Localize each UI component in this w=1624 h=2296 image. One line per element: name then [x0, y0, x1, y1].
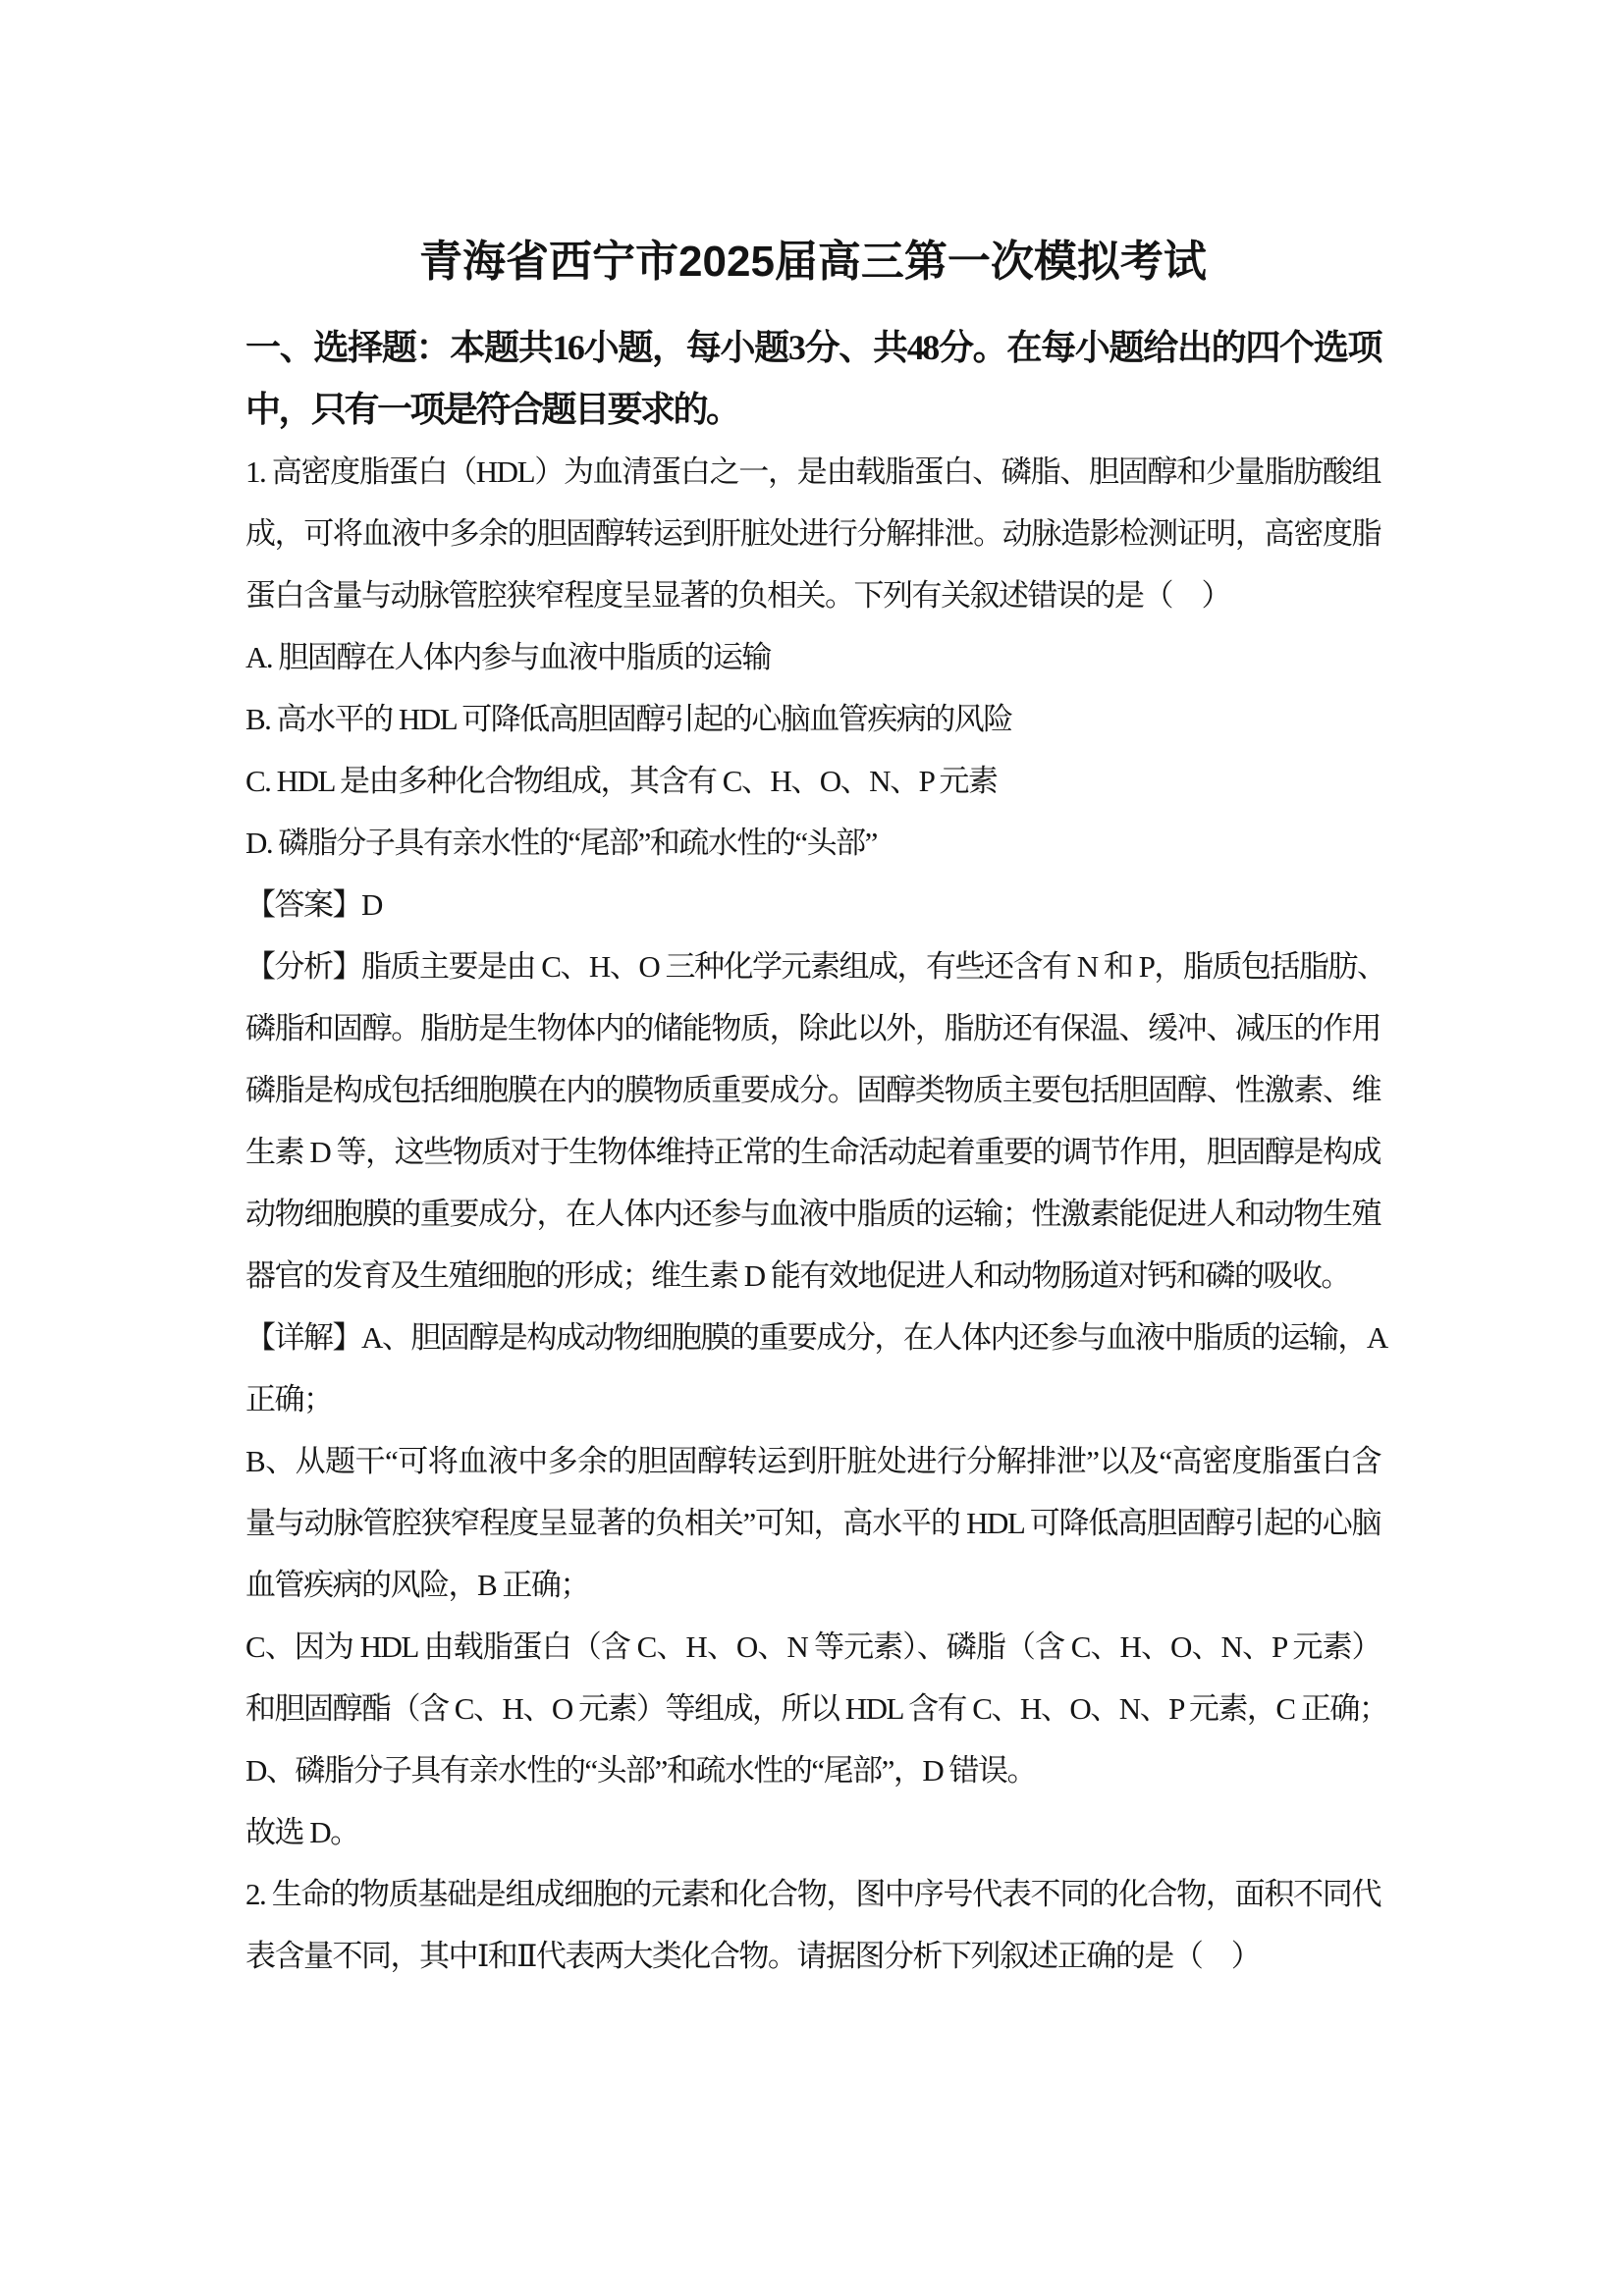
text-line: 成，可将血液中多余的胆固醇转运到肝脏处进行分解排泄。动脉造影检测证明，高密度脂	[245, 503, 1380, 564]
text-line: 表含量不同，其中Ⅰ和Ⅱ代表两大类化合物。请据图分析下列叙述正确的是（ ）	[245, 1925, 1380, 1987]
text-line: 正确；	[245, 1368, 1380, 1430]
text-line: B、从题干“可将血液中多余的胆固醇转运到肝脏处进行分解排泄”以及“高密度脂蛋白含	[245, 1430, 1380, 1492]
text-line: C、因为 HDL 由载脂蛋白（含 C、H、O、N 等元素）、磷脂（含 C、H、O…	[245, 1616, 1380, 1678]
text-line: D. 磷脂分子具有亲水性的“尾部”和疏水性的“头部”	[245, 812, 1380, 874]
text-line: 1. 高密度脂蛋白（HDL）为血清蛋白之一，是由载脂蛋白、磷脂、胆固醇和少量脂肪…	[245, 441, 1380, 503]
text-line: 器官的发育及生殖细胞的形成；维生素 D 能有效地促进人和动物肠道对钙和磷的吸收。	[245, 1245, 1380, 1307]
document-title: 青海省西宁市2025届高三第一次模拟考试	[245, 228, 1380, 296]
text-line: C. HDL 是由多种化合物组成，其含有 C、H、O、N、P 元素	[245, 750, 1380, 812]
exam-document-page: 青海省西宁市2025届高三第一次模拟考试 一、选择题：本题共16小题，每小题3分…	[0, 0, 1624, 2296]
text-line: 动物细胞膜的重要成分，在人体内还参与血液中脂质的运输；性激素能促进人和动物生殖	[245, 1183, 1380, 1245]
text-line: 2. 生命的物质基础是组成细胞的元素和化合物，图中序号代表不同的化合物，面积不同…	[245, 1863, 1380, 1925]
text-line: 故选 D。	[245, 1801, 1380, 1863]
text-line: 一、选择题：本题共16小题，每小题3分、共48分。在每小题给出的四个选项	[245, 317, 1380, 379]
text-line: 磷脂和固醇。脂肪是生物体内的储能物质，除此以外，脂肪还有保温、缓冲、减压的作用	[245, 997, 1380, 1059]
text-line: 量与动脉管腔狭窄程度呈显著的负相关”可知，高水平的 HDL 可降低高胆固醇引起的…	[245, 1492, 1380, 1554]
text-line: D、磷脂分子具有亲水性的“头部”和疏水性的“尾部”，D 错误。	[245, 1739, 1380, 1801]
text-line: 【分析】脂质主要是由 C、H、O 三种化学元素组成，有些还含有 N 和 P，脂质…	[245, 935, 1380, 997]
text-line: 蛋白含量与动脉管腔狭窄程度呈显著的负相关。下列有关叙述错误的是（ ）	[245, 564, 1380, 626]
text-line: B. 高水平的 HDL 可降低高胆固醇引起的心脑血管疾病的风险	[245, 688, 1380, 750]
text-line: 血管疾病的风险，B 正确；	[245, 1554, 1380, 1616]
text-line: 磷脂是构成包括细胞膜在内的膜物质重要成分。固醇类物质主要包括胆固醇、性激素、维	[245, 1059, 1380, 1121]
text-line: A. 胆固醇在人体内参与血液中脂质的运输	[245, 626, 1380, 688]
text-line: 生素 D 等，这些物质对于生物体维持正常的生命活动起着重要的调节作用，胆固醇是构…	[245, 1121, 1380, 1183]
text-line: 中，只有一项是符合题目要求的。	[245, 379, 1380, 441]
text-line: 【答案】D	[245, 874, 1380, 935]
text-line: 【详解】A、胆固醇是构成动物细胞膜的重要成分，在人体内还参与血液中脂质的运输，A	[245, 1307, 1380, 1368]
document-body: 一、选择题：本题共16小题，每小题3分、共48分。在每小题给出的四个选项中，只有…	[245, 317, 1380, 1987]
text-line: 和胆固醇酯（含 C、H、O 元素）等组成，所以 HDL 含有 C、H、O、N、P…	[245, 1678, 1380, 1739]
